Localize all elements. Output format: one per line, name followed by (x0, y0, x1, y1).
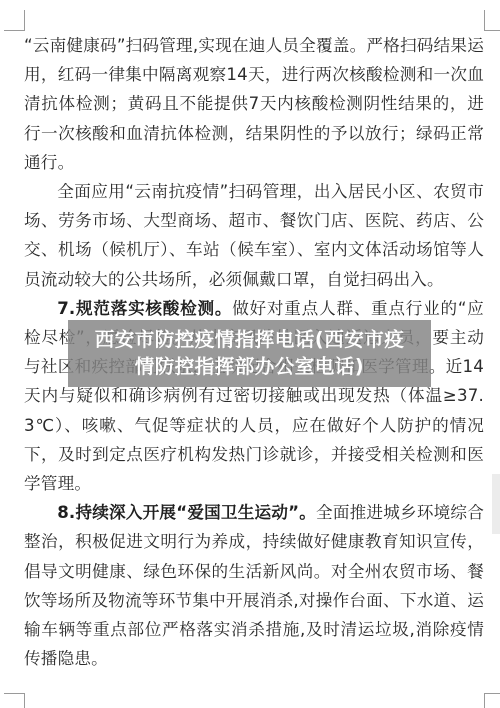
page-corner-mark-bottom-left (4, 693, 25, 708)
paragraph-text: “云南健康码”扫码管理,实现在迪人员全覆盖。严格扫码结果运用，红码一律集中隔离观… (24, 36, 484, 172)
overlay-title-line-1: 西安市防控疫情指挥电话(西安市疫 (68, 326, 431, 353)
title-overlay-banner: 西安市防控疫情指挥电话(西安市疫 情防控指挥部办公室电话) (68, 320, 431, 387)
paragraph-text: 全面应用“云南抗疫情”扫码管理，出入居民小区、农贸市场、劳务市场、大型商场、超市… (24, 182, 484, 289)
paragraph-text: 全面推进城乡环境综合整治，积极促进文明行为养成，持续做好健康教育知识宣传，倡导文… (24, 503, 484, 668)
overlay-title-line-2: 情防控指挥部办公室电话) (68, 353, 431, 380)
section-heading-8: 8.持续深入开展“爱国卫生运动”。 (57, 503, 316, 522)
paragraph-health-code: “云南健康码”扫码管理,实现在迪人员全覆盖。严格扫码结果运用，红码一律集中隔离观… (24, 31, 484, 177)
page-corner-mark-top-left (4, 10, 25, 31)
section-heading-7: 7.规范落实核酸检测。 (57, 299, 232, 318)
scrollbar-thumb[interactable] (492, 474, 500, 534)
document-page: “云南健康码”扫码管理,实现在迪人员全覆盖。严格扫码结果运用，红码一律集中隔离观… (0, 0, 500, 708)
page-corner-mark-bottom-right (484, 693, 500, 708)
paragraph-scan-management: 全面应用“云南抗疫情”扫码管理，出入居民小区、农贸市场、劳务市场、大型商场、超市… (24, 177, 484, 294)
paragraph-sanitation-campaign: 8.持续深入开展“爱国卫生运动”。全面推进城乡环境综合整治，积极促进文明行为养成… (24, 498, 484, 673)
page-corner-mark-top-right (484, 10, 500, 31)
